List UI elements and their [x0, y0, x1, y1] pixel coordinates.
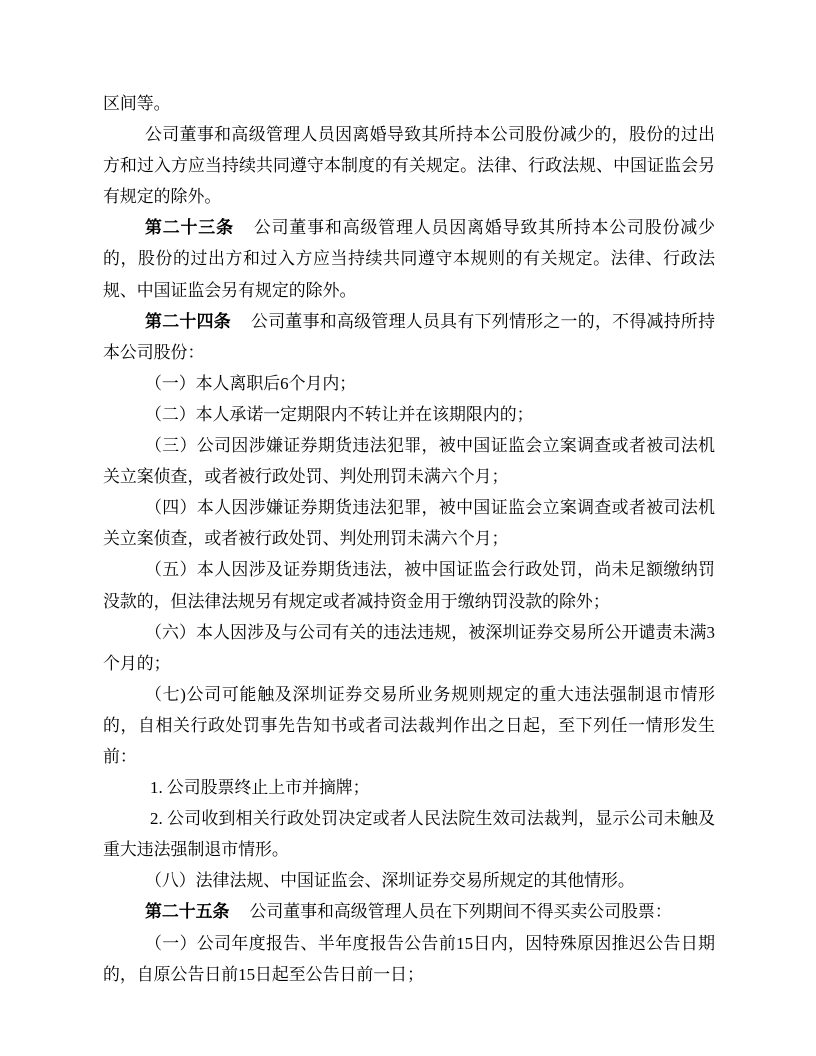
- paragraph: （六）本人因涉及与公司有关的违法违规，被深圳证券交易所公开谴责未满3个月的；: [103, 617, 715, 679]
- paragraph-text: 公司董事和高级管理人员在下列期间不得买卖公司股票：: [249, 902, 671, 921]
- paragraph: （一）本人离职后6个月内；: [103, 368, 715, 399]
- article-paragraph: 第二十四条公司董事和高级管理人员具有下列情形之一的，不得减持所持本公司股份：: [103, 306, 715, 368]
- article-number: 第二十五条: [145, 902, 229, 921]
- paragraph: （七)公司可能触及深圳证券交易所业务规则规定的重大违法强制退市情形的，自相关行政…: [103, 679, 715, 772]
- article-number: 第二十四条: [145, 312, 231, 331]
- paragraph: 区间等。: [103, 88, 715, 119]
- article-paragraph: 第二十三条公司董事和高级管理人员因离婚导致其所持本公司股份减少的，股份的过出方和…: [103, 212, 715, 305]
- paragraph: （一）公司年度报告、半年度报告公告前15日内，因特殊原因推迟公告日期的，自原公告…: [103, 928, 715, 990]
- article-number: 第二十三条: [145, 218, 234, 237]
- paragraph: 公司董事和高级管理人员因离婚导致其所持本公司股份减少的，股份的过出方和过入方应当…: [103, 119, 715, 212]
- paragraph: 2. 公司收到相关行政处罚决定或者人民法院生效司法裁判，显示公司未触及重大违法强…: [103, 803, 715, 865]
- article-paragraph: 第二十五条公司董事和高级管理人员在下列期间不得买卖公司股票：: [103, 896, 715, 927]
- paragraph: 1. 公司股票终止上市并摘牌；: [103, 772, 715, 803]
- paragraph: （八）法律法规、中国证监会、深圳证券交易所规定的其他情形。: [103, 865, 715, 896]
- paragraph: （四）本人因涉嫌证券期货违法犯罪，被中国证监会立案调查或者被司法机关立案侦查，或…: [103, 492, 715, 554]
- document-page: 区间等。公司董事和高级管理人员因离婚导致其所持本公司股份减少的，股份的过出方和过…: [0, 0, 816, 1056]
- paragraph: （三）公司因涉嫌证券期货违法犯罪，被中国证监会立案调查或者被司法机关立案侦查，或…: [103, 430, 715, 492]
- document-body: 区间等。公司董事和高级管理人员因离婚导致其所持本公司股份减少的，股份的过出方和过…: [103, 88, 715, 990]
- paragraph: （五）本人因涉及证券期货违法，被中国证监会行政处罚，尚未足额缴纳罚没款的，但法律…: [103, 554, 715, 616]
- paragraph: （二）本人承诺一定期限内不转让并在该期限内的；: [103, 399, 715, 430]
